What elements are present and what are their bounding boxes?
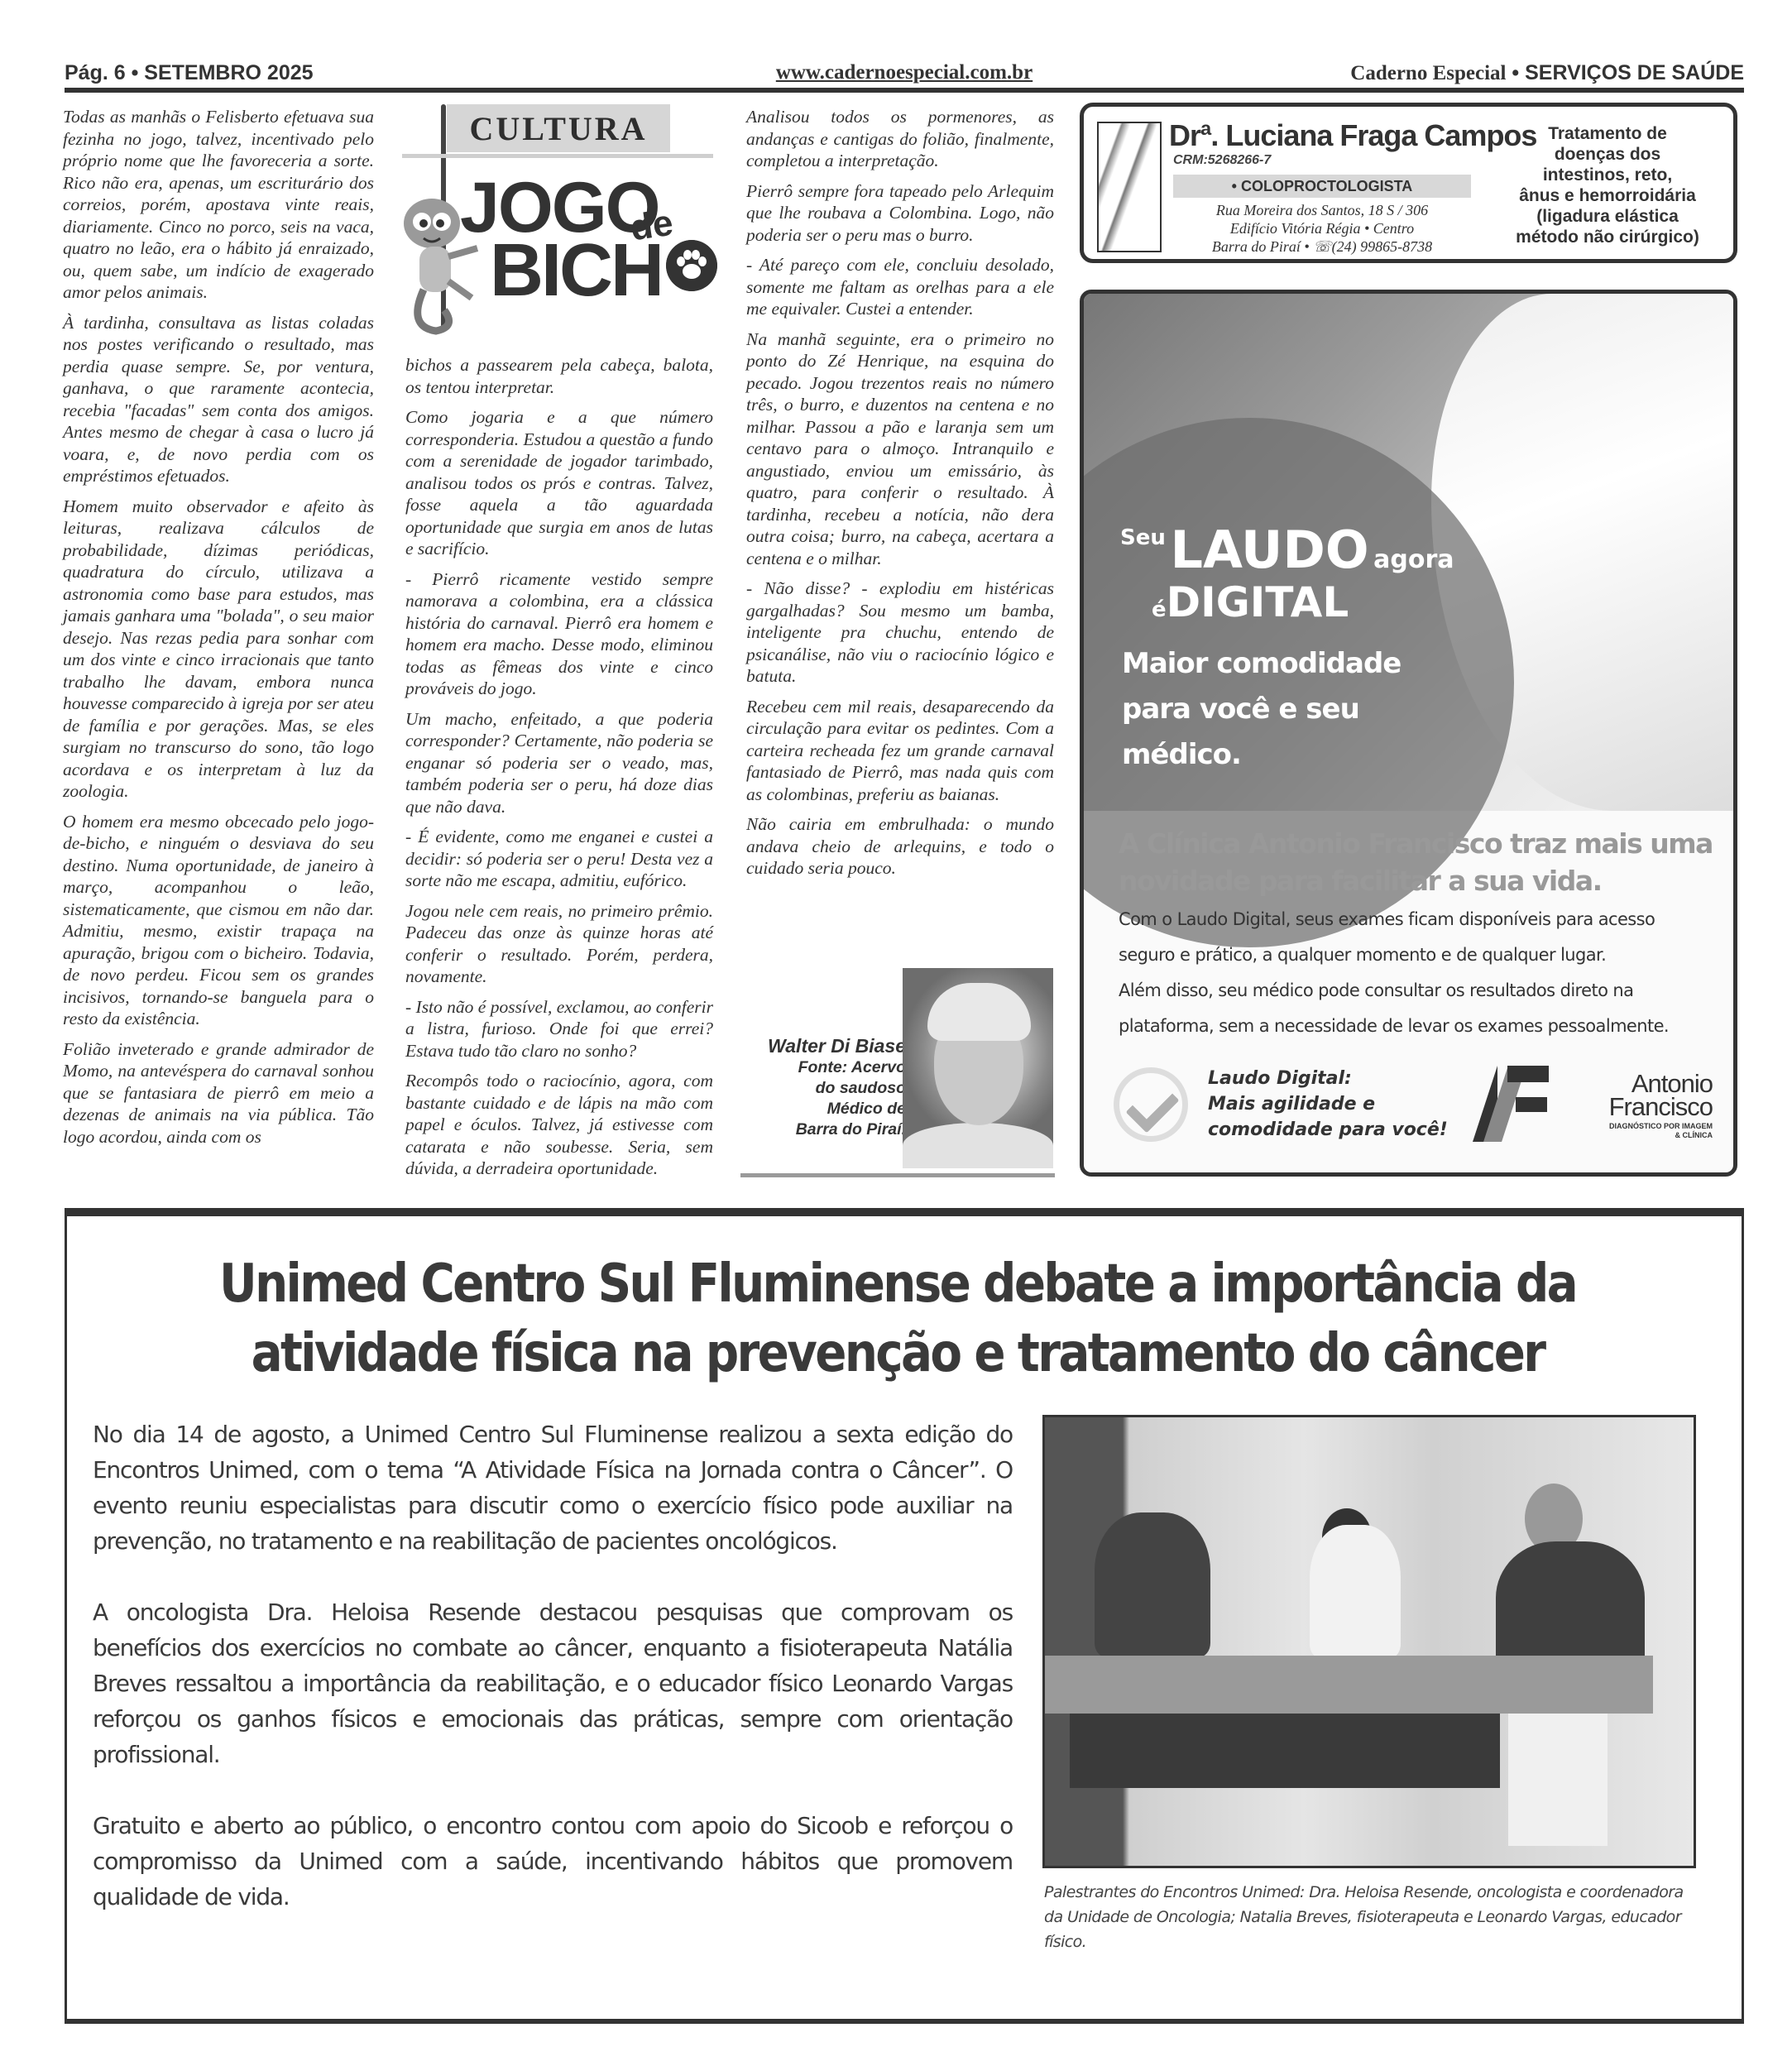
unimed-headline: Unimed Centro Sul Fluminense debate a im… — [188, 1249, 1608, 1388]
hero-headline-1: Seu LAUDO agora — [1120, 525, 1454, 575]
author-name: Walter Di Biase — [740, 1034, 906, 1057]
story-paragraph: - Até pareço com ele, concluiu desolado,… — [746, 254, 1054, 320]
logo-f-bar — [1507, 1066, 1549, 1082]
story-column-1: Todas as manhãs o Felisberto efetuava su… — [63, 106, 374, 1156]
story-paragraph: Pierrô sempre fora tapeado pelo Arlequim… — [746, 180, 1054, 247]
table-surface — [1045, 1656, 1653, 1714]
speaker-2-figure — [1310, 1525, 1401, 1657]
story-paragraph: Homem muito observador e afeito às leitu… — [63, 496, 374, 803]
story-column-3: Analisou todos os pormenores, as andança… — [746, 106, 1054, 888]
clinic-body-line: Além disso, seu médico pode consultar os… — [1119, 973, 1731, 1009]
article-paragraph: No dia 14 de agosto, a Unimed Centro Sul… — [93, 1416, 1013, 1559]
headline-line: atividade física na prevenção e tratamen… — [188, 1319, 1608, 1388]
story-column-2: bichos a passearem pela cabeça, balota, … — [405, 354, 713, 1188]
story-paragraph: Analisou todos os pormenores, as andança… — [746, 106, 1054, 172]
story-paragraph: - Pierrô ricamente vestido sempre namora… — [405, 568, 713, 700]
tagline-line: comodidade para você! — [1208, 1117, 1448, 1143]
story-paragraph: Na manhã seguinte, era o primeiro no pon… — [746, 328, 1054, 570]
tagline-line: Laudo Digital: — [1208, 1066, 1448, 1091]
hero-word-seu: Seu — [1120, 525, 1166, 550]
hero-headline-2: éDIGITAL — [1152, 578, 1349, 626]
address-line: Rua Moreira dos Santos, 18 S / 306 — [1173, 201, 1471, 219]
author-credit: Walter Di Biase Fonte: Acervo do saudoso… — [740, 968, 1055, 1173]
story-paragraph: À tardinha, consultava as listas coladas… — [63, 312, 374, 487]
service-line: doenças dos — [1488, 144, 1727, 165]
author-source-line: do saudoso — [740, 1078, 906, 1099]
article-paragraph: A oncologista Dra. Heloisa Resende desta… — [93, 1594, 1013, 1772]
clinic-brand-name: Antonio Francisco — [1551, 1072, 1713, 1119]
article-paragraph: Gratuito e aberto ao público, o encontro… — [93, 1808, 1013, 1915]
brand-name: Caderno Especial — [1350, 62, 1506, 84]
speakers-photo — [1042, 1415, 1696, 1868]
clinic-footer: Laudo Digital: Mais agilidade e comodida… — [1084, 1034, 1733, 1172]
clinic-headline: A Clínica Antonio Francisco traz mais um… — [1119, 825, 1731, 899]
service-line: método não cirúrgico) — [1488, 227, 1727, 247]
af-logo-icon — [1473, 1066, 1547, 1142]
clinic-body-text: Com o Laudo Digital, seus exames ficam d… — [1119, 902, 1731, 1044]
doctor-services: Tratamento de doenças dos intestinos, re… — [1488, 123, 1727, 247]
clinic-tagline: Laudo Digital: Mais agilidade e comodida… — [1208, 1066, 1448, 1143]
author-divider — [740, 1173, 1055, 1177]
feature-title-bicho: BICH — [490, 233, 662, 308]
story-paragraph: - Isto não é possível, exclamou, ao conf… — [405, 996, 713, 1062]
story-paragraph: Jogou nele cem reais, no primeiro prêmio… — [405, 900, 713, 988]
story-paragraph: Não cairia em embrulhada: o mundo andava… — [746, 813, 1054, 880]
service-line: ânus e hemorroidária — [1488, 185, 1727, 206]
doctor-name: Drª. Luciana Fraga Campos — [1169, 118, 1536, 153]
hero-word-laudo: LAUDO — [1170, 520, 1368, 580]
portrait-hair — [927, 983, 1031, 1041]
tagline-line: Mais agilidade e — [1208, 1091, 1448, 1117]
doctor-advertisement: Drª. Luciana Fraga Campos CRM:5268266-7 … — [1080, 103, 1737, 263]
section-divider — [402, 154, 713, 158]
portrait-shirt — [903, 1123, 1053, 1168]
section-tag: CULTURA — [447, 104, 670, 152]
section-name: • SERVIÇOS DE SAÚDE — [1506, 61, 1744, 84]
story-paragraph: Como jogaria e a que número corresponder… — [405, 406, 713, 560]
section-label: Caderno Especial • SERVIÇOS DE SAÚDE — [1350, 61, 1744, 85]
address-phone-line: Barra do Piraí • ☏(24) 99865-8738 — [1173, 237, 1471, 256]
story-paragraph: Recompôs todo o raciocínio, agora, com b… — [405, 1070, 713, 1180]
hero-sub-line: médico. — [1122, 732, 1436, 778]
author-source-line: Barra do Piraí. — [740, 1119, 906, 1140]
hero-word-digital: DIGITAL — [1167, 578, 1349, 626]
author-source-line: Médico de — [740, 1099, 906, 1119]
story-paragraph: - É evidente, como me enganei e custei a… — [405, 826, 713, 892]
paw-icon — [666, 240, 717, 291]
author-portrait — [903, 968, 1053, 1168]
clinic-body-line: seguro e prático, a qualquer momento e d… — [1119, 937, 1731, 973]
brand-line: Francisco — [1551, 1095, 1713, 1119]
hero-subheadline: Maior comodidade para você e seu médico. — [1122, 641, 1436, 778]
service-line: (ligadura elástica — [1488, 206, 1727, 227]
hero-word-agora: agora — [1373, 545, 1454, 574]
doctor-specialty: • COLOPROCTOLOGISTA — [1173, 175, 1471, 198]
doctor-logo-icon — [1097, 122, 1162, 252]
header-divider — [65, 88, 1744, 93]
story-paragraph: Folião inveterado e grande admirador de … — [63, 1038, 374, 1148]
section-tag-label: CULTURA — [447, 109, 670, 148]
clinic-body-line: Com o Laudo Digital, seus exames ficam d… — [1119, 902, 1731, 937]
brand-sub-line: & CLÍNICA — [1551, 1131, 1713, 1140]
logo-f-bar-2 — [1516, 1097, 1547, 1112]
doctor-address: Rua Moreira dos Santos, 18 S / 306 Edifí… — [1173, 201, 1471, 256]
story-paragraph: - Não disse? - explodiu em histéricas ga… — [746, 578, 1054, 688]
service-line: intestinos, reto, — [1488, 165, 1727, 185]
hero-sub-line: Maior comodidade — [1122, 641, 1436, 687]
speaker-1-figure — [1095, 1512, 1210, 1657]
doctor-crm: CRM:5268266-7 — [1173, 153, 1271, 168]
story-paragraph: bichos a passearem pela cabeça, balota, … — [405, 354, 713, 398]
photo-caption: Palestrantes do Encontros Unimed: Dra. H… — [1044, 1880, 1706, 1954]
unimed-body: No dia 14 de agosto, a Unimed Centro Sul… — [93, 1416, 1013, 1950]
speaker-3-legs — [1508, 1714, 1608, 1846]
story-paragraph: Um macho, enfeitado, a que poderia corre… — [405, 708, 713, 818]
hero-word-e: é — [1152, 597, 1167, 622]
story-paragraph: Todas as manhãs o Felisberto efetuava su… — [63, 106, 374, 304]
page-header: Pág. 6 • SETEMBRO 2025 www.cadernoespeci… — [65, 58, 1744, 91]
hero-sub-line: para você e seu — [1122, 687, 1436, 732]
table-front — [1070, 1714, 1500, 1788]
story-paragraph: Recebeu cem mil reais, desaparecendo da … — [746, 696, 1054, 806]
author-text: Walter Di Biase Fonte: Acervo do saudoso… — [740, 1034, 906, 1140]
checkmark-icon — [1114, 1067, 1188, 1142]
author-source-line: Fonte: Acervo — [740, 1057, 906, 1078]
brand-sub-line: DIAGNÓSTICO POR IMAGEM — [1551, 1122, 1713, 1131]
clinic-brand-subtitle: DIAGNÓSTICO POR IMAGEM & CLÍNICA — [1551, 1122, 1713, 1140]
address-line: Edifício Vitória Régia • Centro — [1173, 219, 1471, 237]
story-paragraph: O homem era mesmo obcecado pelo jogo-de-… — [63, 811, 374, 1030]
clinic-advertisement: Seu LAUDO agora éDIGITAL Maior comodidad… — [1080, 290, 1737, 1177]
headline-line: Unimed Centro Sul Fluminense debate a im… — [188, 1249, 1608, 1319]
service-line: Tratamento de — [1488, 123, 1727, 144]
